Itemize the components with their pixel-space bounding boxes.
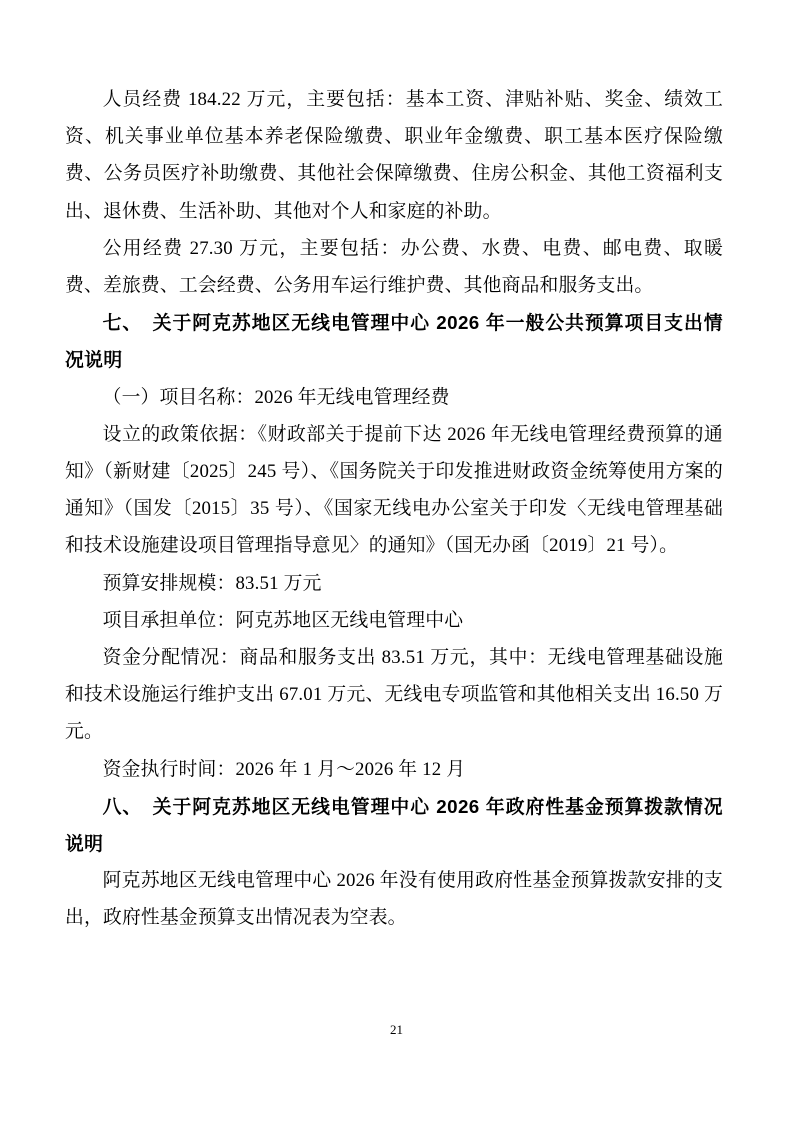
heading-section-8-gov-fund-budget: 八、 关于阿克苏地区无线电管理中心 2026 年政府性基金预算拨款情况说明 [65, 788, 723, 862]
paragraph-gov-fund-statement: 阿克苏地区无线电管理中心 2026 年没有使用政府性基金预算拨款安排的支出，政府… [65, 862, 723, 936]
heading-section-7-project-expenditure: 七、 关于阿克苏地区无线电管理中心 2026 年一般公共预算项目支出情况说明 [65, 304, 723, 378]
paragraph-fund-execution-period: 资金执行时间：2026 年 1 月～2026 年 12 月 [65, 751, 723, 788]
paragraph-undertaking-unit: 项目承担单位：阿克苏地区无线电管理中心 [65, 602, 723, 639]
document-page: 人员经费 184.22 万元，主要包括：基本工资、津贴补贴、奖金、绩效工资、机关… [0, 0, 793, 1122]
paragraph-project-name: （一）项目名称：2026 年无线电管理经费 [65, 379, 723, 416]
paragraph-public-expense: 公用经费 27.30 万元，主要包括：办公费、水费、电费、邮电费、取暖费、差旅费… [65, 230, 723, 304]
paragraph-policy-basis: 设立的政策依据：《财政部关于提前下达 2026 年无线电管理经费预算的通知》（新… [65, 416, 723, 565]
paragraph-fund-allocation: 资金分配情况：商品和服务支出 83.51 万元，其中：无线电管理基础设施和技术设… [65, 639, 723, 751]
paragraph-budget-scale: 预算安排规模：83.51 万元 [65, 565, 723, 602]
document-content: 人员经费 184.22 万元，主要包括：基本工资、津贴补贴、奖金、绩效工资、机关… [65, 81, 723, 937]
page-number: 21 [0, 1021, 793, 1039]
paragraph-personnel-expense: 人员经费 184.22 万元，主要包括：基本工资、津贴补贴、奖金、绩效工资、机关… [65, 81, 723, 230]
